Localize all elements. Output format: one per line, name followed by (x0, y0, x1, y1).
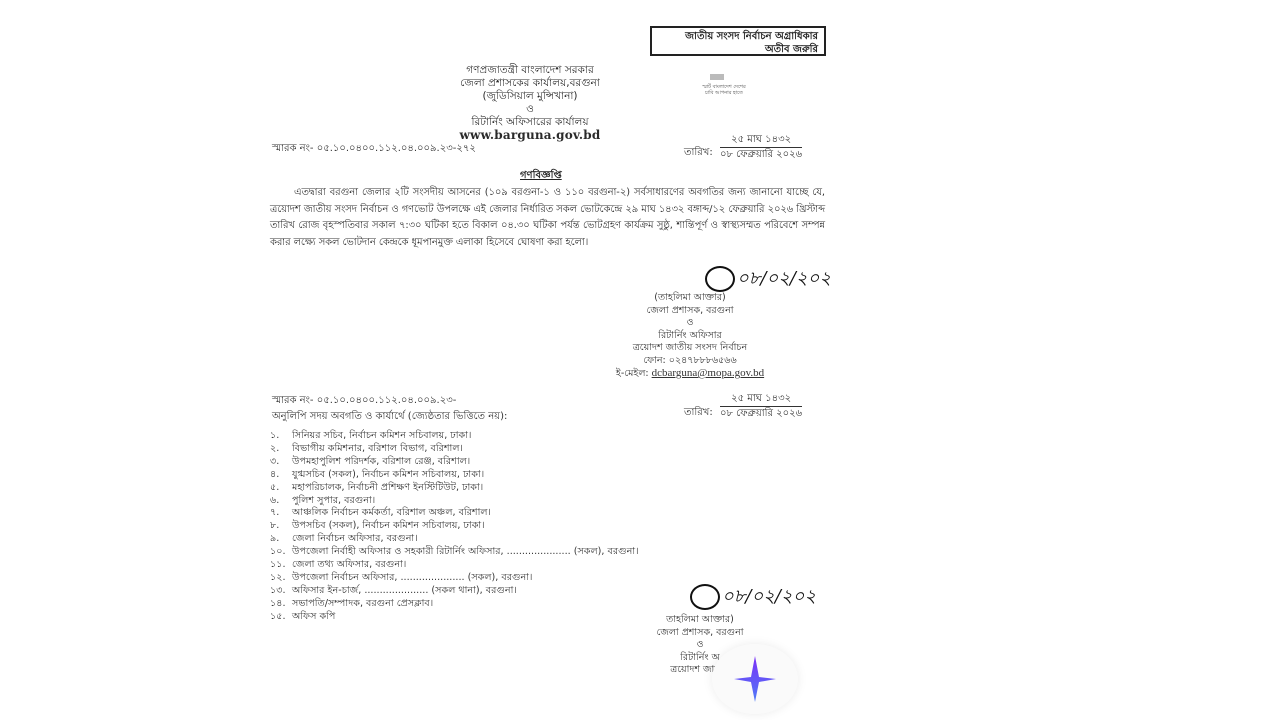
item-number: ৭. (270, 507, 292, 520)
distribution-item: ৫.মহাপরিচালক, নির্বাচনী প্রশিক্ষণ ইনস্টি… (270, 482, 639, 495)
letterhead: গণপ্রজাতন্ত্রী বাংলাদেশ সরকার জেলা প্রশা… (440, 64, 620, 142)
item-text: জেলা তথ্য অফিসার, বরগুনা। (292, 559, 406, 570)
signatory-name: (তাহলিমা আক্তার) (600, 292, 780, 305)
item-text: মহাপরিচালক, নির্বাচনী প্রশিক্ষণ ইনস্টিটি… (292, 482, 483, 493)
date-bangla: ২৫ মাঘ ১৪৩২ (720, 133, 802, 148)
item-number: ৮. (270, 520, 292, 533)
item-text: অফিস কপি (292, 611, 335, 622)
distribution-item: ৮.উপসচিব (সকল), নির্বাচন কমিশন সচিবালয়,… (270, 520, 639, 533)
item-text: উপজেলা নির্বাহী অফিসার ও সহকারী রিটার্নি… (292, 546, 639, 557)
distribution-item: ৯.জেলা নির্বাচন অফিসার, বরগুনা। (270, 533, 639, 546)
item-number: ৪. (270, 469, 292, 482)
election-name: ত্রয়োদশ জাতীয় সংসদ নির্বাচন (600, 342, 780, 355)
item-number: ১. (270, 430, 292, 443)
distribution-item: ৪.যুগ্মসচিব (সকল), নির্বাচন কমিশন সচিবাল… (270, 469, 639, 482)
date-bangla: ২৫ মাঘ ১৪৩২ (720, 392, 802, 407)
signature-mark (690, 584, 720, 610)
signature-date: ০৮/০২/২০২ (737, 268, 831, 289)
distribution-item: ৬.পুলিশ সুপার, বরগুনা। (270, 495, 639, 508)
distribution-item: ১০.উপজেলা নির্বাহী অফিসার ও সহকারী রিটার… (270, 546, 639, 559)
item-number: ১০. (270, 546, 292, 559)
date-english: ০৮ ফেব্রুয়ারি ২০২৬ (720, 407, 802, 420)
item-text: বিভাগীয় কমিশনার, বরিশাল বিভাগ, বরিশাল। (292, 443, 463, 454)
item-text: আঞ্চলিক নির্বাচন কর্মকর্তা, বরিশাল অঞ্চল… (292, 507, 491, 518)
distribution-item: ১৩.অফিসার ইন-চার্জ, ....................… (270, 585, 639, 598)
copy-memo-date: ২৫ মাঘ ১৪৩২ ০৮ ফেব্রুয়ারি ২০২৬ (720, 392, 802, 420)
signatory-name: তাহলিমা আক্তার) (630, 614, 770, 627)
date-label: তারিখ: (684, 405, 713, 422)
distribution-item: ৭.আঞ্চলিক নির্বাচন কর্মকর্তা, বরিশাল অঞ্… (270, 507, 639, 520)
item-number: ১৪. (270, 598, 292, 611)
govt-name: গণপ্রজাতন্ত্রী বাংলাদেশ সরকার (440, 64, 620, 77)
section-name: (জুডিসিয়াল মুন্সিখানা) (440, 90, 620, 103)
item-text: অফিসার ইন-চার্জ, ..................... (… (292, 585, 517, 596)
item-number: ৫. (270, 482, 292, 495)
priority-label: জাতীয় সংসদ নির্বাচন অগ্রাধিকার (658, 30, 818, 43)
item-number: ৯. (270, 533, 292, 546)
signatory-role: রিটার্নিং অফিসার (600, 330, 780, 343)
distribution-item: ১২.উপজেলা নির্বাচন অফিসার, .............… (270, 572, 639, 585)
item-number: ১৩. (270, 585, 292, 598)
distribution-item: ২.বিভাগীয় কমিশনার, বরিশাল বিভাগ, বরিশাল… (270, 443, 639, 456)
signatory-block-1: (তাহলিমা আক্তার) জেলা প্রশাসক, বরগুনা ও … (600, 292, 780, 381)
distribution-item: ১.সিনিয়র সচিব, নির্বাচন কমিশন সচিবালয়,… (270, 430, 639, 443)
signature-1: ০৮/০২/২০২ (705, 264, 831, 295)
distribution-item: ৩.উপমহাপুলিশ পরিদর্শক, বরিশাল রেঞ্জ, বরি… (270, 456, 639, 469)
email-label: ই-মেইল: (616, 368, 649, 379)
memo-ref-number: স্মারক নং- ০৫.১০.০৪০০.১১২.০৪.০০৯.২৩-২৭২ (272, 141, 476, 158)
distribution-item: ১১.জেলা তথ্য অফিসার, বরগুনা। (270, 559, 639, 572)
email-link[interactable]: dcbarguna@mopa.gov.bd (652, 367, 764, 379)
signature-date: ০৮/০২/২০২ (722, 586, 816, 607)
notice-body: এতদ্বারা বরগুনা জেলার ২টি সংসদীয় আসনের … (270, 185, 825, 251)
conjunction: ও (600, 317, 780, 330)
signature-2: ০৮/০২/২০২ (690, 582, 816, 613)
item-number: ১২. (270, 572, 292, 585)
logo-icon (710, 74, 724, 80)
distribution-item: ১৪.সভাপতি/সম্পাদক, বরগুনা প্রেসক্লাব। (270, 598, 639, 611)
item-text: যুগ্মসচিব (সকল), নির্বাচন কমিশন সচিবালয়… (292, 469, 484, 480)
signatory-designation: জেলা প্রশাসক, বরগুনা (600, 305, 780, 318)
item-text: পুলিশ সুপার, বরগুনা। (292, 495, 375, 506)
distribution-item: ১৫.অফিস কপি (270, 611, 639, 624)
copy-intro: অনুলিপি সদয় অবগতি ও কার্যার্থে (জ্যেষ্ঠ… (272, 409, 507, 426)
office-name: জেলা প্রশাসকের কার্যালয়,বরগুনা (440, 77, 620, 90)
email-line: ই-মেইল: dcbarguna@mopa.gov.bd (600, 367, 780, 381)
item-number: ১৫. (270, 611, 292, 624)
item-text: উপসচিব (সকল), নির্বাচন কমিশন সচিবালয়, ঢ… (292, 520, 485, 531)
item-text: সভাপতি/সম্পাদক, বরগুনা প্রেসক্লাব। (292, 598, 433, 609)
assistant-button[interactable] (712, 644, 798, 714)
urgency-label: অতীব জরুরি (658, 43, 818, 56)
phone-number: ফোন: ০২৪৭৮৮৮৬৫৬৬ (600, 355, 780, 368)
item-text: সিনিয়র সচিব, নির্বাচন কমিশন সচিবালয়, ঢ… (292, 430, 471, 441)
date-english: ০৮ ফেব্রুয়ারি ২০২৬ (720, 148, 802, 161)
copy-memo-ref: স্মারক নং- ০৫.১০.০৪০০.১১২.০৪.০০৯.২৩- (272, 393, 456, 410)
memo-date: ২৫ মাঘ ১৪৩২ ০৮ ফেব্রুয়ারি ২০২৬ (720, 133, 802, 161)
conjunction: ও (440, 103, 620, 116)
signatory-designation: জেলা প্রশাসক, বরগুনা (630, 627, 770, 640)
smart-bangladesh-logo: স্মার্ট বাংলাদেশ দেশের চাবি আপনার হাতে (700, 70, 750, 104)
item-text: জেলা নির্বাচন অফিসার, বরগুনা। (292, 533, 418, 544)
sparkle-star-icon (712, 644, 798, 714)
logo-caption: স্মার্ট বাংলাদেশ দেশের চাবি আপনার হাতে (700, 84, 748, 96)
distribution-list: ১.সিনিয়র সচিব, নির্বাচন কমিশন সচিবালয়,… (270, 430, 639, 624)
item-text: উপজেলা নির্বাচন অফিসার, ................… (292, 572, 532, 583)
signature-mark (705, 266, 735, 292)
notice-title: গণবিজ্ঞপ্তি (520, 168, 562, 185)
priority-label-box: জাতীয় সংসদ নির্বাচন অগ্রাধিকার অতীব জরু… (650, 26, 826, 56)
item-text: উপমহাপুলিশ পরিদর্শক, বরিশাল রেঞ্জ, বরিশা… (292, 456, 470, 467)
date-label: তারিখ: (684, 145, 713, 162)
item-number: ৩. (270, 456, 292, 469)
item-number: ১১. (270, 559, 292, 572)
item-number: ৬. (270, 495, 292, 508)
item-number: ২. (270, 443, 292, 456)
